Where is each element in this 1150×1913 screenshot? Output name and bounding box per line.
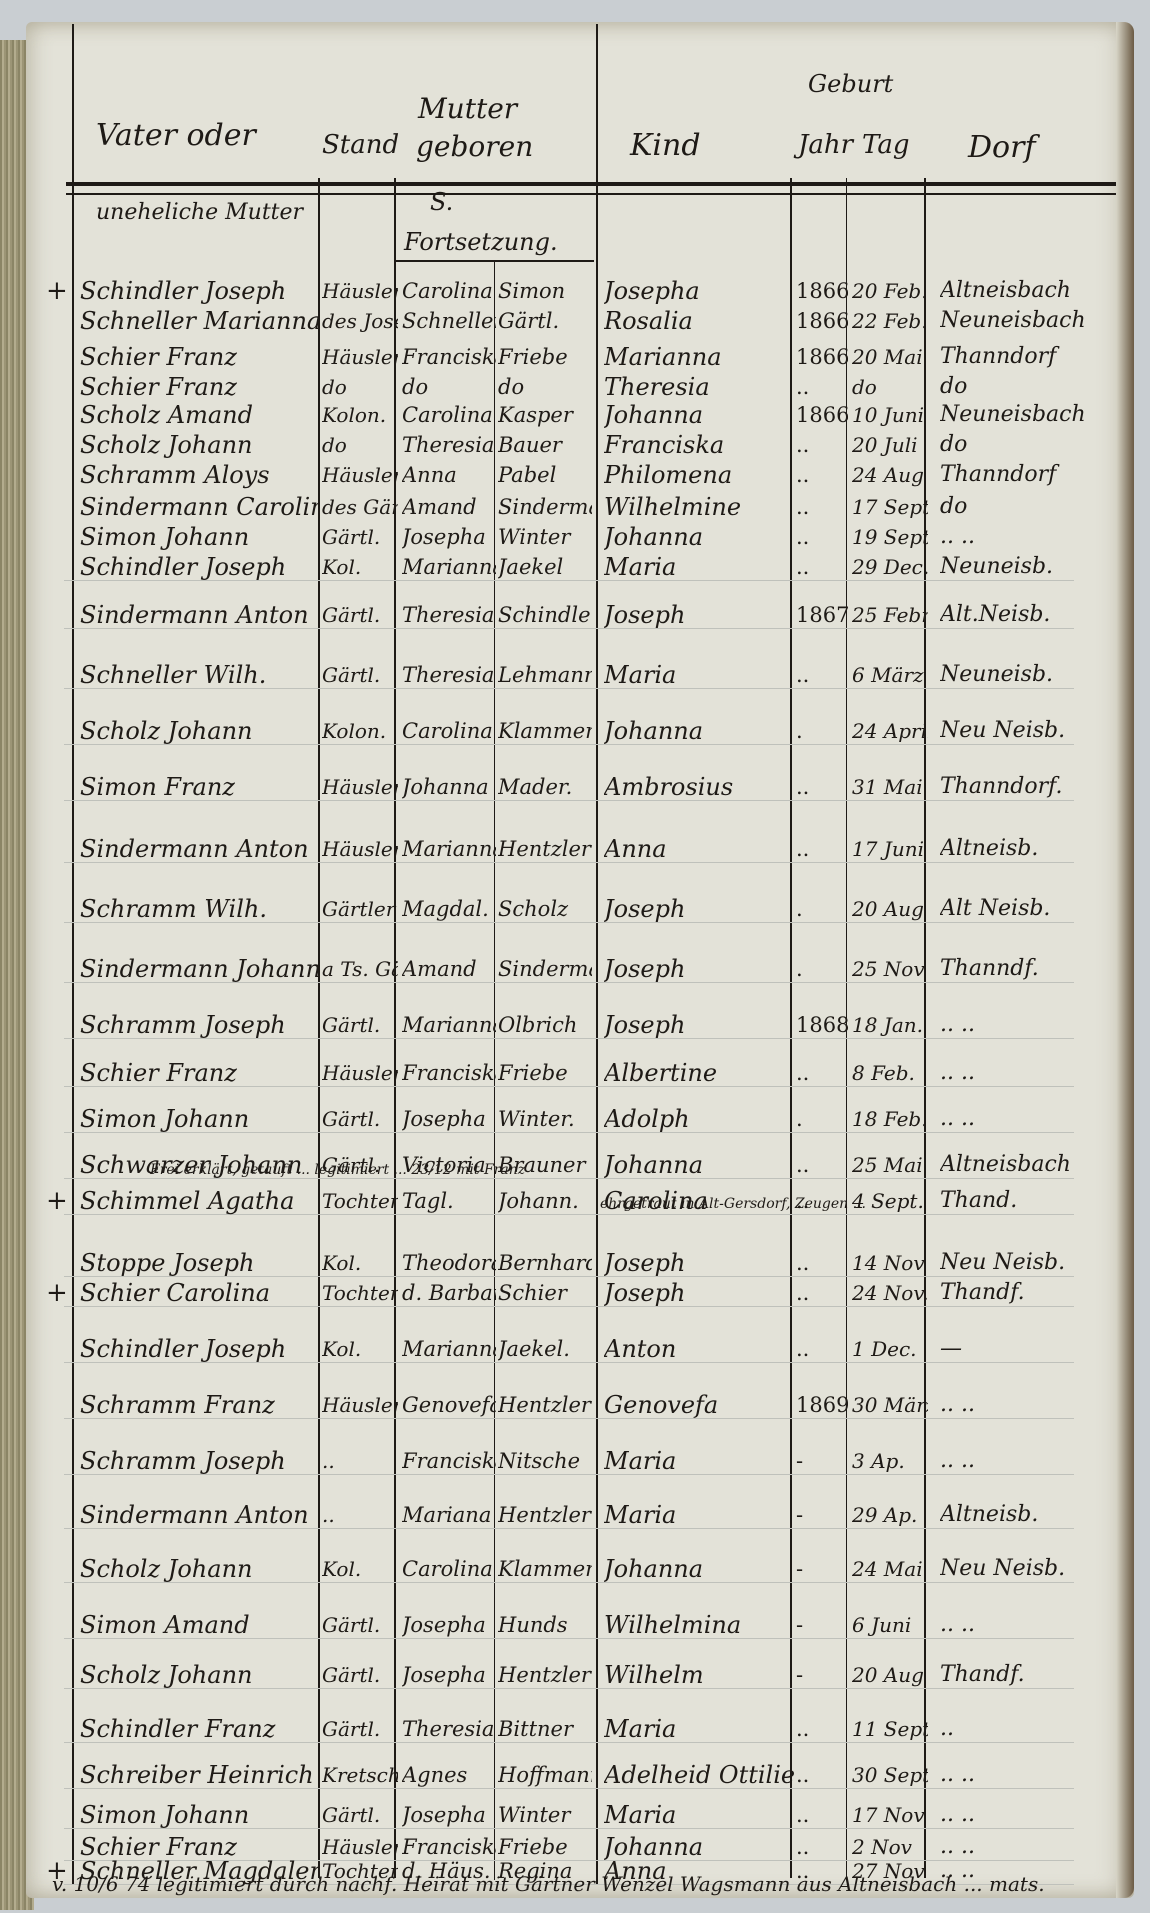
mother-first-name: Mariana (402, 1500, 496, 1530)
cross-mark-icon: + (46, 1278, 72, 1308)
birth-year: .. (796, 1278, 848, 1308)
village: Altneisbach (940, 1150, 1120, 1180)
birth-day: 17 Sept (852, 492, 928, 522)
birth-year: .. (796, 1248, 848, 1278)
father-name: Simon Johann (80, 1104, 320, 1134)
village: do (940, 430, 1120, 460)
child-name: Adolph (604, 1104, 794, 1134)
child-name: Johanna (604, 1150, 794, 1180)
register-row: Scholz JohanndoTheresiaBauerFranciska..2… (0, 430, 1150, 460)
father-name: Simon Franz (80, 772, 320, 802)
mother-maiden-name: Winter (498, 1800, 592, 1830)
father-name: Schramm Wilh. (80, 894, 320, 924)
village: Neu Neisb. (940, 1554, 1120, 1584)
mother-first-name: Marianna (402, 1334, 496, 1364)
village: Altneisb. (940, 1500, 1120, 1530)
father-status: Gärtl. (322, 1610, 398, 1640)
birth-day: 29 Dec. (852, 552, 928, 582)
father-name: Schindler Joseph (80, 1334, 320, 1364)
child-name: Maria (604, 1446, 794, 1476)
birth-day: do (852, 372, 928, 402)
child-name: Anna (604, 834, 794, 864)
birth-year: .. (796, 1714, 848, 1744)
child-name: Maria (604, 1500, 794, 1530)
mother-first-name: Theresia (402, 430, 496, 460)
father-name: Schier Franz (80, 342, 320, 372)
mother-first-name: d. Barbara (402, 1278, 496, 1308)
mother-first-name: Josepha (402, 1104, 496, 1134)
column-header-father-line2: uneheliche Mutter (96, 200, 303, 225)
birth-day: 20 Mai (852, 342, 928, 372)
child-name: Wilhelmine (604, 492, 794, 522)
birth-year: - (796, 1554, 848, 1584)
child-name: Johanna (604, 400, 794, 430)
birth-day: 14 Nov (852, 1248, 928, 1278)
father-status: .. (322, 1500, 398, 1530)
mother-maiden-name: Johann. (498, 1186, 592, 1216)
register-row: Scholz AmandKolon.CarolinaKasperJohanna1… (0, 400, 1150, 430)
birth-year: .. (796, 1150, 848, 1180)
mother-first-name: Marianna (402, 1010, 496, 1040)
birth-day: 25 Nov (852, 954, 928, 984)
child-name: Wilhelmina (604, 1610, 794, 1640)
birth-year: 1866 (796, 342, 848, 372)
father-status: Gärtl. (322, 1714, 398, 1744)
child-name: Maria (604, 660, 794, 690)
child-name: Joseph (604, 1278, 794, 1308)
father-status: Kol. (322, 552, 398, 582)
child-name: Joseph (604, 600, 794, 630)
column-subheader-fortsetzung: Fortsetzung. (404, 228, 558, 256)
register-row: Schramm AloysHäuslerAnnaPabelPhilomena..… (0, 460, 1150, 490)
birth-year: .. (796, 430, 848, 460)
mother-maiden-name: Schier (498, 1278, 592, 1308)
mother-first-name: Theodora (402, 1248, 496, 1278)
register-row: Schindler FranzGärtl.TheresiaBittnerMari… (0, 1714, 1150, 1744)
birth-year: 1866 (796, 276, 848, 306)
village: .. .. (940, 1760, 1120, 1790)
mother-first-name: Franciska (402, 1058, 496, 1088)
father-name: Schier Franz (80, 1058, 320, 1088)
father-status: Kolon. (322, 400, 398, 430)
mother-maiden-name: Gärtl. (498, 306, 592, 336)
register-row: Sindermann Johannaa Ts. GärtlAmandSinder… (0, 954, 1150, 984)
father-status: Kretschm. (322, 1760, 398, 1790)
father-status: a Ts. Gärtl (322, 954, 398, 984)
mother-first-name: Genovefa (402, 1390, 496, 1420)
register-row: Schier FranzHäuslerFranciskaFriebeMarian… (0, 342, 1150, 372)
child-name: Josepha (604, 276, 794, 306)
father-name: Scholz Johann (80, 430, 320, 460)
mother-first-name: Marianna (402, 834, 496, 864)
birth-day: 19 Sept. (852, 522, 928, 552)
birth-day: 11 Sept (852, 1714, 928, 1744)
child-name: Philomena (604, 460, 794, 490)
register-row: Schramm Wilh.GärtlerMagdal.ScholzJoseph.… (0, 894, 1150, 924)
mother-maiden-name: Winter (498, 522, 592, 552)
mother-first-name: Johanna (402, 772, 496, 802)
mother-first-name: Franciska (402, 1446, 496, 1476)
birth-year: .. (796, 834, 848, 864)
register-row: Simon JohannGärtl.JosephaWinter.Adolph.1… (0, 1104, 1150, 1134)
mother-maiden-name: Sindermann (498, 492, 592, 522)
father-status: Gärtl. (322, 1010, 398, 1040)
subheader-underline (396, 260, 594, 262)
header-double-rule (66, 182, 1116, 195)
mother-first-name: Josepha (402, 1610, 496, 1640)
column-header-stand: Stand (322, 130, 399, 160)
register-row: Simon JohannGärtl.JosephaWinterMaria..17… (0, 1800, 1150, 1830)
mother-maiden-name: Hunds (498, 1610, 592, 1640)
father-name: Sindermann Anton (80, 1500, 320, 1530)
child-name: Albertine (604, 1058, 794, 1088)
child-name: Joseph (604, 1248, 794, 1278)
father-name: Schindler Joseph (80, 552, 320, 582)
village: Thandf. (940, 1660, 1120, 1690)
birth-year: - (796, 1610, 848, 1640)
birth-day: 25 Februar (852, 600, 928, 630)
register-row: Simon AmandGärtl.JosephaHundsWilhelmina-… (0, 1610, 1150, 1640)
village: .. .. (940, 522, 1120, 552)
father-status: Gärtl. (322, 600, 398, 630)
register-row: Stoppe JosephKol.TheodoraBernhardt.Josep… (0, 1248, 1150, 1278)
father-name: Schramm Franz (80, 1390, 320, 1420)
village: Alt Neisb. (940, 894, 1120, 924)
father-name: Scholz Amand (80, 400, 320, 430)
birth-day: 25 Mai (852, 1150, 928, 1180)
village: do (940, 372, 1120, 402)
child-name: Rosalia (604, 306, 794, 336)
register-row: Schramm FranzHäuslerGenovefaHentzlerGeno… (0, 1390, 1150, 1420)
birth-day: 22 Feb. (852, 306, 928, 336)
village: .. .. (940, 1104, 1120, 1134)
birth-year: .. (796, 1800, 848, 1830)
column-header-village: Dorf (968, 130, 1036, 165)
father-name: Sindermann Anton (80, 834, 320, 864)
birth-year: .. (796, 492, 848, 522)
column-header-father: Vater oder (96, 118, 256, 153)
mother-maiden-name: Jaekel. (498, 1334, 592, 1364)
mother-maiden-name: do (498, 372, 592, 402)
register-row: Scholz JohannKolon.CarolinaKlammertJohan… (0, 716, 1150, 746)
child-name: Genovefa (604, 1390, 794, 1420)
mother-first-name: Theresia (402, 600, 496, 630)
child-name: Joseph (604, 954, 794, 984)
father-name: Schneller Wilh. (80, 660, 320, 690)
mother-maiden-name: Bernhardt. (498, 1248, 592, 1278)
birth-day: 24 Nov. (852, 1278, 928, 1308)
birth-day: 20 Aug (852, 1660, 928, 1690)
birth-day: 10 Juni (852, 400, 928, 430)
column-header-mother: Mutter (418, 92, 517, 125)
register-row: Schindler JosephKol.MariannaJaekel.Anton… (0, 1334, 1150, 1364)
birth-year: .. (796, 1760, 848, 1790)
father-status: des Gärtl. (322, 492, 398, 522)
child-name: Maria (604, 1800, 794, 1830)
village: Neu Neisb. (940, 716, 1120, 746)
village: Altneisbach (940, 276, 1120, 306)
birth-day: 8 Feb. (852, 1058, 928, 1088)
register-row: Sindermann AntonHäuslerMariannaHentzlerA… (0, 834, 1150, 864)
mother-first-name: Magdal. (402, 894, 496, 924)
child-name: Maria (604, 1714, 794, 1744)
father-name: Schramm Aloys (80, 460, 320, 490)
father-name: Schramm Joseph (80, 1010, 320, 1040)
village: do (940, 492, 1120, 522)
mother-maiden-name: Schindler (498, 600, 592, 630)
mother-maiden-name: Klammert (498, 1554, 592, 1584)
child-name: Franciska (604, 430, 794, 460)
child-name: Maria (604, 552, 794, 582)
mother-maiden-name: Scholz (498, 894, 592, 924)
birth-day: 31 Mai (852, 772, 928, 802)
register-row: Schneller Wilh.Gärtl.TheresiaLehmannMari… (0, 660, 1150, 690)
village: Thanndorf (940, 342, 1120, 372)
register-row: Schramm JosephGärtl.MariannaOlbrichJosep… (0, 1010, 1150, 1040)
birth-day: 17 Juni (852, 834, 928, 864)
mother-first-name: Marianna (402, 552, 496, 582)
register-row: Scholz JohannKol.CarolinaKlammertJohanna… (0, 1554, 1150, 1584)
village: Thand. (940, 1186, 1120, 1216)
register-row: Sindermann Carolinades Gärtl.AmandSinder… (0, 492, 1150, 522)
father-status: Gärtl. (322, 522, 398, 552)
father-status: Gärtl. (322, 1800, 398, 1830)
birth-year: - (796, 1500, 848, 1530)
mother-first-name: Carolina (402, 276, 496, 306)
birth-year: .. (796, 460, 848, 490)
register-row: +Schimmel AgathaTochter d.Tagl.Johann.Ca… (0, 1186, 1150, 1216)
register-row: Simon FranzHäuslerJohannaMader.Ambrosius… (0, 772, 1150, 802)
register-row: Sindermann AntonGärtl.TheresiaSchindlerJ… (0, 600, 1150, 630)
birth-year: . (796, 716, 848, 746)
mother-maiden-name: Simon (498, 276, 592, 306)
village: Neuneisb. (940, 552, 1120, 582)
birth-day: 18 Jan. (852, 1010, 928, 1040)
register-row: Schramm Joseph..FranciskaNitscheMaria-3 … (0, 1446, 1150, 1476)
mother-first-name: Tagl. (402, 1186, 496, 1216)
mother-first-name: Anna (402, 460, 496, 490)
mother-first-name: Franciska (402, 342, 496, 372)
birth-year: .. (796, 522, 848, 552)
birth-year: 1867 (796, 600, 848, 630)
father-name: Sindermann Johanna (80, 954, 320, 984)
birth-day: 17 Nov (852, 1800, 928, 1830)
birth-day: 20 Aug (852, 894, 928, 924)
father-name: Stoppe Joseph (80, 1248, 320, 1278)
mother-maiden-name: Friebe (498, 1058, 592, 1088)
mother-first-name: Josepha (402, 1660, 496, 1690)
mother-first-name: Schneller (402, 306, 496, 336)
birth-day: 6 Juni (852, 1610, 928, 1640)
father-name: Simon Amand (80, 1610, 320, 1640)
child-name: Johanna (604, 1554, 794, 1584)
father-name: Schier Franz (80, 372, 320, 402)
village: Thandf. (940, 1278, 1120, 1308)
register-row: Simon JohannGärtl.JosephaWinterJohanna..… (0, 522, 1150, 552)
village: .. .. (940, 1010, 1120, 1040)
child-name: Ambrosius (604, 772, 794, 802)
father-status: Häusler (322, 342, 398, 372)
father-name: Schindler Joseph (80, 276, 320, 306)
margin-note-marriage: ehrgetraut in Alt-Gersdorf, Zeugen ... (600, 1196, 866, 1212)
father-status: Gärtl. (322, 1660, 398, 1690)
column-header-mother-born: geboren (416, 130, 533, 163)
father-status: Tochter d. (322, 1186, 398, 1216)
birth-year: 1866 (796, 400, 848, 430)
footnote-legitimation: v. 10/6 74 legitimiert durch nachf. Heir… (52, 1872, 1045, 1896)
village: Alt.Neisb. (940, 600, 1120, 630)
father-status: Kol. (322, 1554, 398, 1584)
village: Altneisb. (940, 834, 1120, 864)
village: Neu Neisb. (940, 1248, 1120, 1278)
father-status: Häusler (322, 276, 398, 306)
village: Thanndorf (940, 460, 1120, 490)
father-status: Kol. (322, 1248, 398, 1278)
child-name: Wilhelm (604, 1660, 794, 1690)
mother-maiden-name: Sindermann (498, 954, 592, 984)
child-name: Marianna (604, 342, 794, 372)
village: Neuneisbach (940, 306, 1120, 336)
father-name: Schreiber Heinrich (80, 1760, 320, 1790)
mother-maiden-name: Jaekel (498, 552, 592, 582)
mother-maiden-name: Hentzler (498, 1500, 592, 1530)
father-name: Simon Johann (80, 522, 320, 552)
register-row: Schindler JosephKol.MariannaJaekelMaria.… (0, 552, 1150, 582)
mother-first-name: Theresia (402, 660, 496, 690)
father-status: do (322, 372, 398, 402)
village: .. (940, 1714, 1120, 1744)
father-status: Kol. (322, 1334, 398, 1364)
child-name: Joseph (604, 894, 794, 924)
father-status: Häusler (322, 1390, 398, 1420)
mother-maiden-name: Bittner (498, 1714, 592, 1744)
cross-mark-icon: + (46, 276, 72, 306)
register-row: +Schindler JosephHäuslerCarolinaSimonJos… (0, 276, 1150, 306)
village: .. .. (940, 1610, 1120, 1640)
mother-maiden-name: Mader. (498, 772, 592, 802)
birth-year: .. (796, 552, 848, 582)
birth-year: - (796, 1446, 848, 1476)
father-status: Häusler (322, 772, 398, 802)
mother-maiden-name: Lehmann (498, 660, 592, 690)
column-header-day: Tag (862, 130, 909, 160)
father-status: Kolon. (322, 716, 398, 746)
father-status: des Joseph (322, 306, 398, 336)
village: .. .. (940, 1390, 1120, 1420)
birth-day: 29 Ap. (852, 1500, 928, 1530)
birth-day: 30 März (852, 1390, 928, 1420)
birth-day: 24 April (852, 716, 928, 746)
father-name: Scholz Johann (80, 1660, 320, 1690)
column-header-child: Kind (630, 128, 701, 163)
father-status: .. (322, 1446, 398, 1476)
birth-day: 24 Mai (852, 1554, 928, 1584)
father-name: Scholz Johann (80, 716, 320, 746)
birth-year: .. (796, 372, 848, 402)
father-status: Häusler (322, 1058, 398, 1088)
mother-first-name: do (402, 372, 496, 402)
child-name: Joseph (604, 1010, 794, 1040)
village: — (940, 1334, 1120, 1364)
mother-first-name: Josepha (402, 1800, 496, 1830)
mother-maiden-name: Hentzler (498, 834, 592, 864)
father-status: Häusler (322, 834, 398, 864)
mother-first-name: Carolina (402, 400, 496, 430)
father-status: Häusler (322, 460, 398, 490)
birth-year: - (796, 1660, 848, 1690)
register-row: Scholz JohannGärtl.JosephaHentzlerWilhel… (0, 1660, 1150, 1690)
birth-year: .. (796, 772, 848, 802)
register-row: Schier FranzdododoTheresia..dodo (0, 372, 1150, 402)
child-name: Johanna (604, 716, 794, 746)
father-name: Schindler Franz (80, 1714, 320, 1744)
mother-first-name: Amand (402, 492, 496, 522)
column-header-year: Jahr (798, 130, 853, 160)
mother-first-name: Amand (402, 954, 496, 984)
birth-day: 20 Feb. (852, 276, 928, 306)
father-status: Tochter v. (322, 1278, 398, 1308)
father-name: Schneller Marianna (80, 306, 320, 336)
birth-day: 30 Sept (852, 1760, 928, 1790)
father-name: Schramm Joseph (80, 1446, 320, 1476)
mother-first-name: Carolina (402, 716, 496, 746)
register-row: +Schier CarolinaTochter v.d. BarbaraSchi… (0, 1278, 1150, 1308)
birth-day: 6 März (852, 660, 928, 690)
father-name: Schimmel Agatha (80, 1186, 320, 1216)
mother-first-name: Theresia (402, 1714, 496, 1744)
birth-year: 1866 (796, 306, 848, 336)
mother-maiden-name: Winter. (498, 1104, 592, 1134)
column-header-birth: Geburt (808, 70, 893, 98)
mother-maiden-name: Hentzler (498, 1660, 592, 1690)
village: .. .. (940, 1446, 1120, 1476)
child-name: Anton (604, 1334, 794, 1364)
mother-first-name: Agnes (402, 1760, 496, 1790)
mother-maiden-name: Hoffmann (498, 1760, 592, 1790)
mother-first-name: Josepha (402, 522, 496, 552)
birth-year: 1868. (796, 1010, 848, 1040)
mother-maiden-name: Kasper (498, 400, 592, 430)
birth-day: 20 Juli (852, 430, 928, 460)
birth-year: .. (796, 1334, 848, 1364)
child-name: Johanna (604, 522, 794, 552)
mother-maiden-name: Klammert (498, 716, 592, 746)
mother-maiden-name: Olbrich (498, 1010, 592, 1040)
birth-day: 18 Feb. (852, 1104, 928, 1134)
village: Neuneisbach (940, 400, 1120, 430)
father-name: Simon Johann (80, 1800, 320, 1830)
child-name: Adelheid Ottilie (604, 1760, 794, 1790)
birth-year: .. (796, 1058, 848, 1088)
father-status: Gärtl. (322, 660, 398, 690)
birth-year: .. (796, 660, 848, 690)
cross-mark-icon: + (46, 1186, 72, 1216)
register-row: Sindermann Anton..MarianaHentzlerMaria-2… (0, 1500, 1150, 1530)
margin-note-legitimation: Frei erklärt, getauft ... legitimiert ..… (150, 1162, 525, 1178)
birth-day: 3 Ap. (852, 1446, 928, 1476)
father-name: Schier Carolina (80, 1278, 320, 1308)
father-name: Sindermann Carolina (80, 492, 320, 522)
register-row: Schier FranzHäuslerFranciskaFriebeAlbert… (0, 1058, 1150, 1088)
father-name: Scholz Johann (80, 1554, 320, 1584)
birth-year: 1869. (796, 1390, 848, 1420)
mother-first-name: Carolina (402, 1554, 496, 1584)
mother-maiden-name: Nitsche (498, 1446, 592, 1476)
birth-year: . (796, 894, 848, 924)
birth-year: . (796, 1104, 848, 1134)
mother-maiden-name: Pabel (498, 460, 592, 490)
father-status: Gärtl. (322, 1104, 398, 1134)
